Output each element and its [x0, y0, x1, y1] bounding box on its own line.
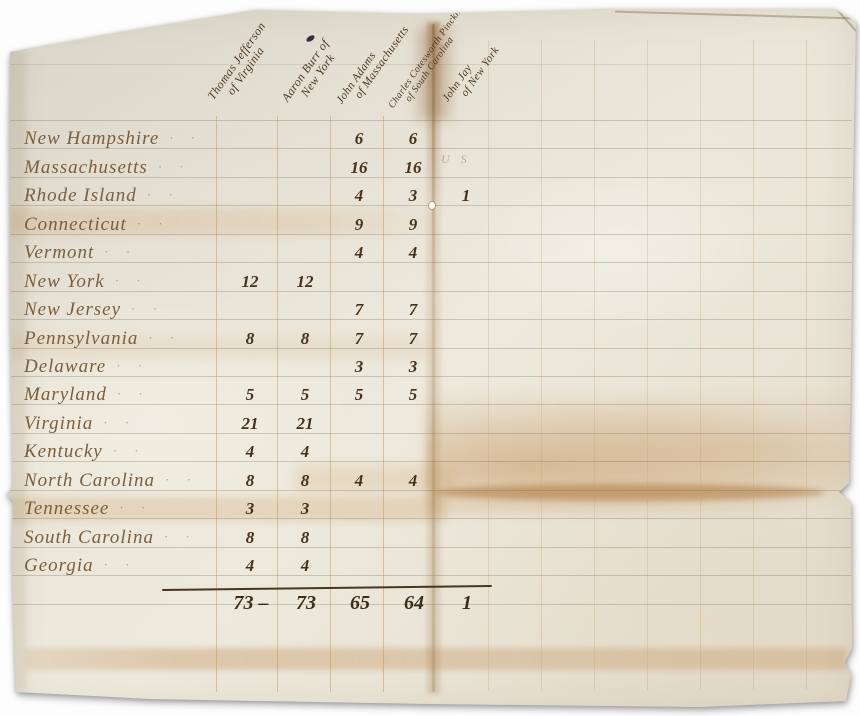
- tally-sheet-paper: Thomas Jeffersonof VirginiaAaron Burr of…: [0, 0, 860, 716]
- paper-vignette: [0, 0, 860, 716]
- scan-background: Thomas Jeffersonof VirginiaAaron Burr of…: [0, 0, 860, 716]
- document-sheet: Thomas Jeffersonof VirginiaAaron Burr of…: [0, 0, 860, 716]
